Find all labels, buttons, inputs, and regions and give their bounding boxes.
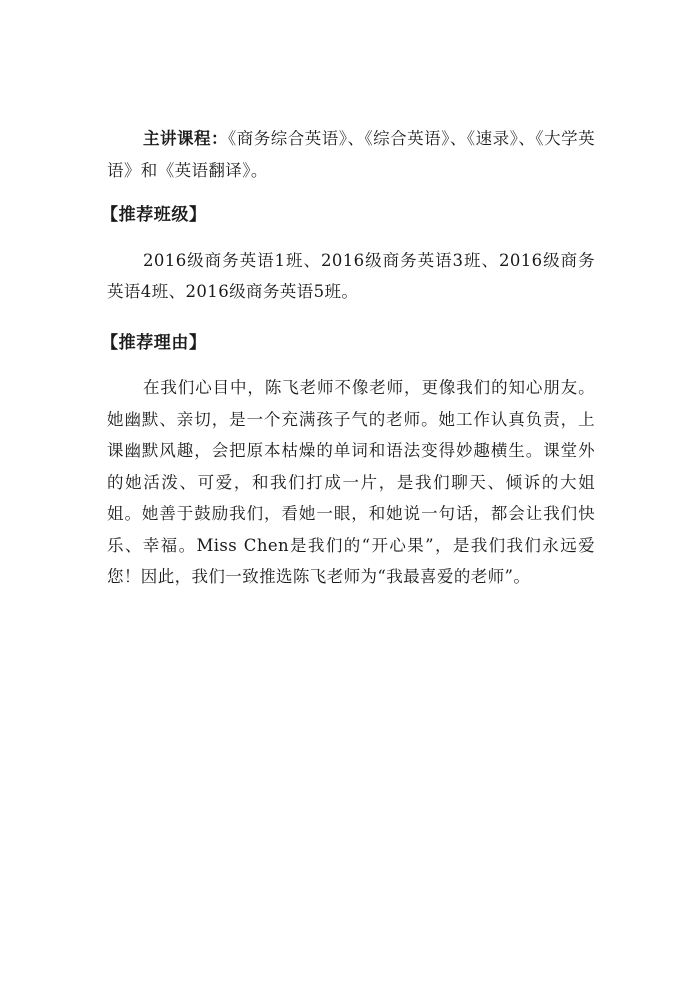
recommendation-reasons-paragraph: 在我们心目中，陈飞老师不像老师，更像我们的知心朋友。她幽默、亲切，是一个充满孩子… [107,372,595,593]
courses-label: 主讲课程： [143,129,228,148]
section-heading-recommended-classes: 【推荐班级】 [101,200,595,232]
spacer [107,308,595,328]
document-content: 主讲课程：《商务综合英语》、《综合英语》、《速录》、《大学英语》和《英语翻译》。… [107,123,595,593]
recommended-classes-paragraph: 2016级商务英语1班、2016级商务英语3班、2016级商务英语4班、2016… [107,245,595,308]
spacer [107,186,595,200]
courses-paragraph: 主讲课程：《商务综合英语》、《综合英语》、《速录》、《大学英语》和《英语翻译》。 [107,123,595,186]
section-heading-recommendation-reasons: 【推荐理由】 [101,328,595,360]
document-page: 主讲课程：《商务综合英语》、《综合英语》、《速录》、《大学英语》和《英语翻译》。… [0,0,700,989]
spacer [107,359,595,372]
spacer [107,232,595,245]
